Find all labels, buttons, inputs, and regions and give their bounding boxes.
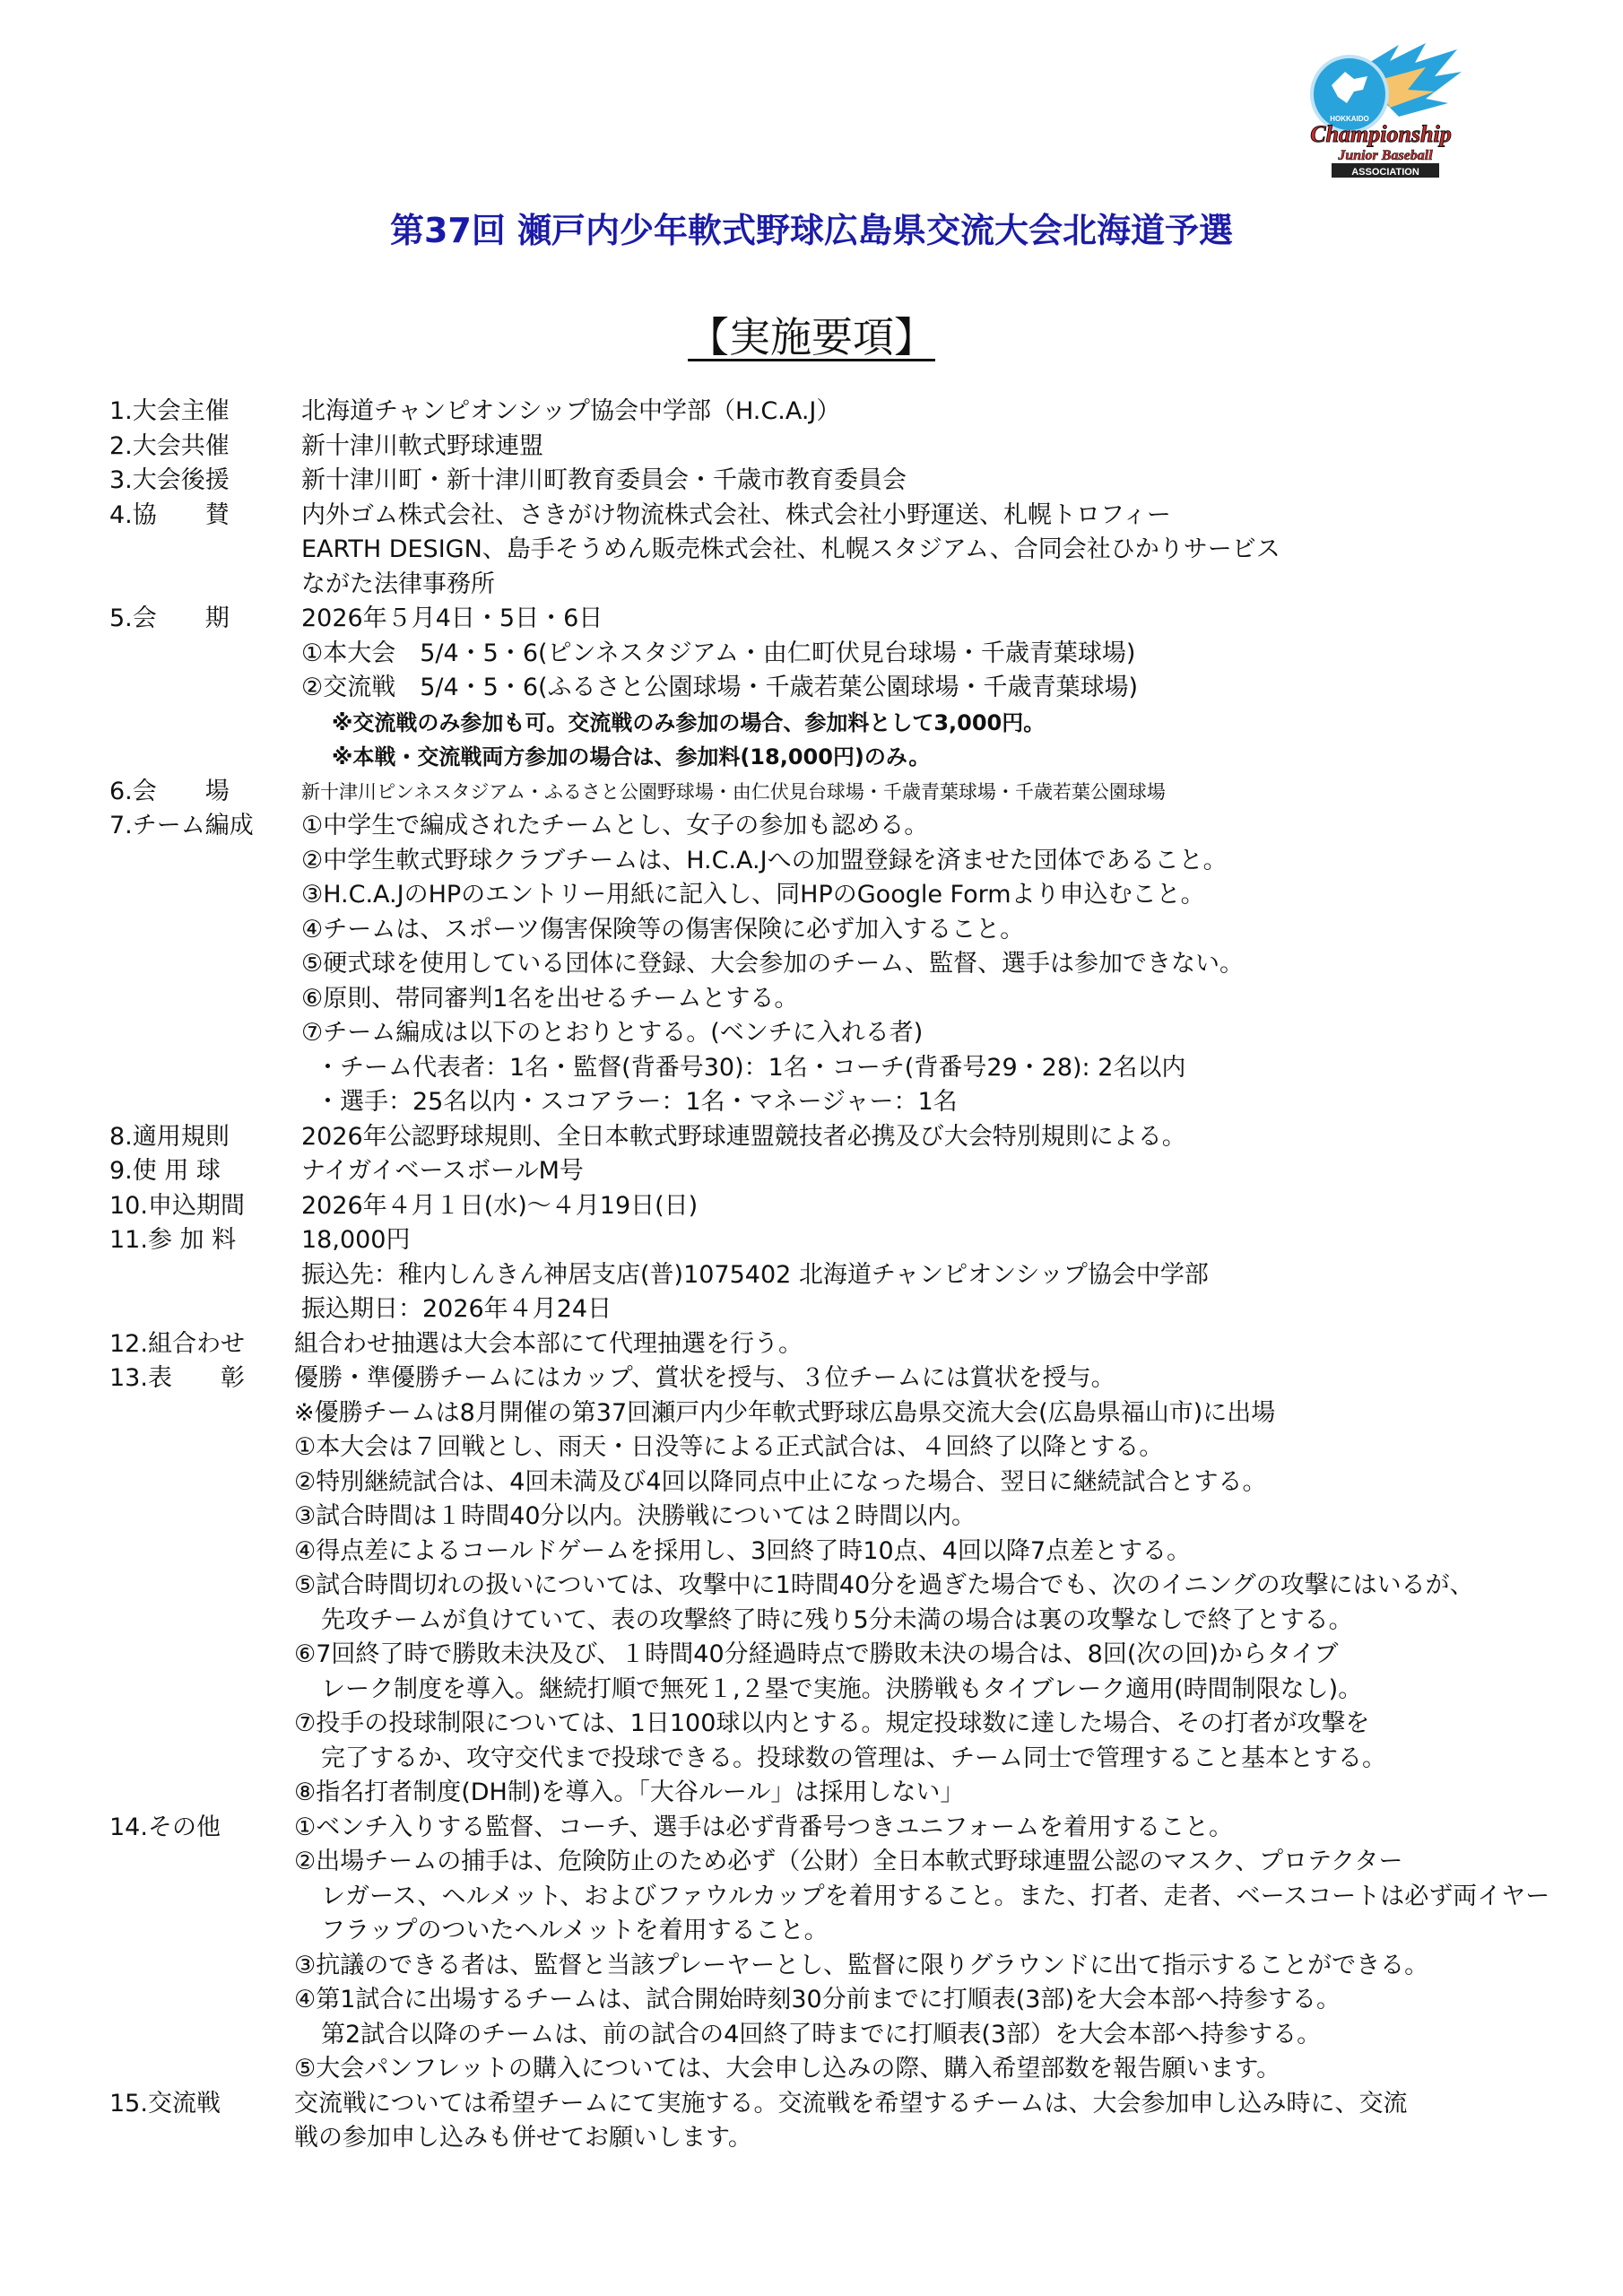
section-label: 11.参 加 料 (109, 1223, 301, 1327)
section-item: 3.大会後援新十津川町・新十津川町教育委員会・千歳市教育委員会 (109, 464, 1508, 499)
section-line: ①本大会 5/4・5・6(ピンネスタジアム・由仁町伏見台球場・千歳青葉球場) (301, 637, 1508, 672)
section-line: ※優勝チームは8月開催の第37回瀬戸内少年軟式野球広島県交流大会(広島県福山市)… (294, 1396, 1508, 1431)
section-item: 14.その他①ベンチ入りする監督、コーチ、選手は必ず背番号つきユニフォームを着用… (109, 1811, 1508, 2087)
section-item: 2.大会共催新十津川軟式野球連盟 (109, 430, 1508, 465)
association-logo: HOKKAIDO Championship Junior Baseball AS… (1291, 36, 1471, 179)
section-label: 13.表 彰 (109, 1361, 301, 1811)
section-line: ナイガイベースボールM号 (301, 1154, 1508, 1189)
section-line: レーク制度を導入。継続打順で無死１,２塁で実施。決勝戦もタイブレーク適用(時間制… (294, 1673, 1508, 1708)
section-line: 組合わせ抽選は大会本部にて代理抽選を行う。 (294, 1327, 1508, 1362)
section-content: 内外ゴム株式会社、さきがけ物流株式会社、株式会社小野運送、札幌トロフィーEART… (301, 499, 1508, 603)
section-line: 2026年５月4日・5日・6日 (301, 602, 1508, 637)
section-item: 6.会 場新十津川ピンネスタジアム・ふるさと公園野球場・由仁伏見台球場・千歳青葉… (109, 775, 1508, 810)
section-item: 4.協 賛内外ゴム株式会社、さきがけ物流株式会社、株式会社小野運送、札幌トロフィ… (109, 499, 1508, 603)
section-content: ①ベンチ入りする監督、コーチ、選手は必ず背番号つきユニフォームを着用すること。②… (294, 1811, 1549, 2087)
section-line: ④チームは、スポーツ傷害保険等の傷害保険に必ず加入すること。 (301, 913, 1508, 948)
section-content: 新十津川ピンネスタジアム・ふるさと公園野球場・由仁伏見台球場・千歳青葉球場・千歳… (301, 775, 1508, 810)
section-line: ②特別継続試合は、4回未満及び4回以降同点中止になった場合、翌日に継続試合とする… (294, 1465, 1508, 1500)
section-line: フラップのついたヘルメットを着用すること。 (294, 1914, 1549, 1949)
guidelines-list: 1.大会主催北海道チャンピオンシップ協会中学部（H.C.A.J）2.大会共催新十… (109, 395, 1508, 2156)
section-content: 組合わせ抽選は大会本部にて代理抽選を行う。 (294, 1327, 1508, 1362)
section-label: 7.チーム編成 (109, 809, 301, 1120)
section-line: ⑦投手の投球制限については、1日100球以内とする。規定投球数に達した場合、その… (294, 1707, 1508, 1742)
section-line: ③H.C.A.JのHPのエントリー用紙に記入し、同HPのGoogle Formよ… (301, 878, 1508, 913)
section-line: ①ベンチ入りする監督、コーチ、選手は必ず背番号つきユニフォームを着用すること。 (294, 1811, 1549, 1846)
section-item: 7.チーム編成①中学生で編成されたチームとし、女子の参加も認める。②中学生軟式野… (109, 809, 1508, 1120)
section-line: 戦の参加申し込みも併せてお願いします。 (294, 2121, 1508, 2156)
section-line: 2026年公認野球規則、全日本軟式野球連盟競技者必携及び大会特別規則による。 (301, 1120, 1508, 1155)
section-line: 振込期日：2026年４月24日 (301, 1292, 1508, 1327)
section-heading: 【実施要項】 (0, 305, 1623, 364)
section-line: ※交流戦のみ参加も可。交流戦のみ参加の場合、参加料として3,000円。 (301, 706, 1508, 741)
section-line: 振込先：稚内しんきん神居支店(普)1075402 北海道チャンピオンシップ協会中… (301, 1258, 1508, 1293)
section-line: ⑥7回終了時で勝敗未決及び、１時間40分経過時点で勝敗未決の場合は、8回(次の回… (294, 1638, 1508, 1673)
section-label: 15.交流戦 (109, 2087, 301, 2156)
section-line: ②出場チームの捕手は、危険防止のため必ず（公財）全日本軟式野球連盟公認のマスク、… (294, 1845, 1549, 1880)
section-item: 13.表 彰優勝・準優勝チームにはカップ、賞状を授与、３位チームには賞状を授与。… (109, 1361, 1508, 1811)
section-line: ③試合時間は１時間40分以内。決勝戦については２時間以内。 (294, 1500, 1508, 1535)
section-line: ながた法律事務所 (301, 568, 1508, 603)
section-line: ⑤試合時間切れの扱いについては、攻撃中に1時間40分を過ぎた場合でも、次のイニン… (294, 1569, 1508, 1604)
section-content: 18,000円振込先：稚内しんきん神居支店(普)1075402 北海道チャンピオ… (301, 1223, 1508, 1327)
section-line: 優勝・準優勝チームにはカップ、賞状を授与、３位チームには賞状を授与。 (294, 1361, 1508, 1396)
section-content: ナイガイベースボールM号 (301, 1154, 1508, 1189)
section-content: 2026年公認野球規則、全日本軟式野球連盟競技者必携及び大会特別規則による。 (301, 1120, 1508, 1155)
section-line: 新十津川町・新十津川町教育委員会・千歳市教育委員会 (301, 464, 1508, 499)
section-content: ①中学生で編成されたチームとし、女子の参加も認める。②中学生軟式野球クラブチーム… (301, 809, 1508, 1120)
svg-text:Championship: Championship (1310, 121, 1452, 147)
section-label: 3.大会後援 (109, 464, 301, 499)
section-line: 完了するか、攻守交代まで投球できる。投球数の管理は、チーム同士で管理すること基本… (294, 1742, 1508, 1777)
section-line: ③抗議のできる者は、監督と当該プレーヤーとし、監督に限りグラウンドに出て指示する… (294, 1949, 1549, 1984)
svg-text:Junior Baseball: Junior Baseball (1337, 148, 1433, 163)
section-line: ※本戦・交流戦両方参加の場合は、参加料(18,000円)のみ。 (301, 740, 1508, 775)
section-item: 5.会 期2026年５月4日・5日・6日①本大会 5/4・5・6(ピンネスタジア… (109, 602, 1508, 775)
section-line: ①本大会は７回戦とし、雨天・日没等による正式試合は、４回終了以降とする。 (294, 1431, 1508, 1465)
section-content: 優勝・準優勝チームにはカップ、賞状を授与、３位チームには賞状を授与。※優勝チーム… (294, 1361, 1508, 1811)
section-item: 15.交流戦交流戦については希望チームにて実施する。交流戦を希望するチームは、大… (109, 2087, 1508, 2156)
section-line: 北海道チャンピオンシップ協会中学部（H.C.A.J） (301, 395, 1508, 430)
section-line: ・選手：25名以内・スコアラー：1名・マネージャー：1名 (301, 1085, 1508, 1120)
section-label: 10.申込期間 (109, 1189, 301, 1224)
section-item: 10.申込期間2026年４月１日(水)～４月19日(日) (109, 1189, 1508, 1224)
section-label: 12.組合わせ (109, 1327, 301, 1362)
section-item: 9.使 用 球ナイガイベースボールM号 (109, 1154, 1508, 1189)
section-content: 新十津川町・新十津川町教育委員会・千歳市教育委員会 (301, 464, 1508, 499)
svg-text:ASSOCIATION: ASSOCIATION (1351, 167, 1419, 178)
section-label: 8.適用規則 (109, 1120, 301, 1155)
section-line: ②中学生軟式野球クラブチームは、H.C.A.Jへの加盟登録を済ませた団体であるこ… (301, 844, 1508, 879)
section-label: 9.使 用 球 (109, 1154, 301, 1189)
section-content: 2026年５月4日・5日・6日①本大会 5/4・5・6(ピンネスタジアム・由仁町… (301, 602, 1508, 775)
championship-logo-icon: HOKKAIDO Championship Junior Baseball AS… (1291, 36, 1471, 179)
section-item: 1.大会主催北海道チャンピオンシップ協会中学部（H.C.A.J） (109, 395, 1508, 430)
section-label: 4.協 賛 (109, 499, 301, 603)
section-line: ・チーム代表者：1名・監督(背番号30)：1名・コーチ(背番号29・28): 2… (301, 1051, 1508, 1086)
section-line: 内外ゴム株式会社、さきがけ物流株式会社、株式会社小野運送、札幌トロフィー (301, 499, 1508, 534)
section-line: ④得点差によるコールドゲームを採用し、3回終了時10点、4回以降7点差とする。 (294, 1535, 1508, 1570)
section-line: 交流戦については希望チームにて実施する。交流戦を希望するチームは、大会参加申し込… (294, 2087, 1508, 2122)
section-line: 2026年４月１日(水)～４月19日(日) (301, 1189, 1508, 1224)
section-line: ②交流戦 5/4・5・6(ふるさと公園球場・千歳若葉公園球場・千歳青葉球場) (301, 671, 1508, 706)
section-item: 11.参 加 料18,000円振込先：稚内しんきん神居支店(普)1075402 … (109, 1223, 1508, 1327)
section-line: ①中学生で編成されたチームとし、女子の参加も認める。 (301, 809, 1508, 844)
section-content: 北海道チャンピオンシップ協会中学部（H.C.A.J） (301, 395, 1508, 430)
section-label: 14.その他 (109, 1811, 301, 2087)
section-label: 1.大会主催 (109, 395, 301, 430)
section-item: 12.組合わせ組合わせ抽選は大会本部にて代理抽選を行う。 (109, 1327, 1508, 1362)
section-line: ⑤大会パンフレットの購入については、大会申し込みの際、購入希望部数を報告願います… (294, 2052, 1549, 2087)
section-line: 新十津川ピンネスタジアム・ふるさと公園野球場・由仁伏見台球場・千歳青葉球場・千歳… (301, 775, 1508, 810)
section-line: 第2試合以降のチームは、前の試合の4回終了時までに打順表(3部）を大会本部へ持参… (294, 2018, 1549, 2053)
section-content: 交流戦については希望チームにて実施する。交流戦を希望するチームは、大会参加申し込… (294, 2087, 1508, 2156)
heading-text: 【実施要項】 (688, 313, 935, 361)
document-title: 第37回 瀬戸内少年軟式野球広島県交流大会北海道予選 (0, 203, 1623, 252)
section-label: 2.大会共催 (109, 430, 301, 465)
section-label: 6.会 場 (109, 775, 301, 810)
section-content: 2026年４月１日(水)～４月19日(日) (301, 1189, 1508, 1224)
section-line: 先攻チームが負けていて、表の攻撃終了時に残り5分未満の場合は裏の攻撃なしで終了と… (294, 1604, 1508, 1639)
section-line: 新十津川軟式野球連盟 (301, 430, 1508, 465)
section-line: EARTH DESIGN、島手そうめん販売株式会社、札幌スタジアム、合同会社ひか… (301, 533, 1508, 568)
section-line: ⑤硬式球を使用している団体に登録、大会参加のチーム、監督、選手は参加できない。 (301, 947, 1508, 982)
section-line: レガース、ヘルメット、およびファウルカップを着用すること。また、打者、走者、ベー… (294, 1880, 1549, 1915)
section-line: ⑧指名打者制度(DH制)を導入。「大谷ルール」は採用しない」 (294, 1776, 1508, 1811)
section-line: ⑥原則、帯同審判1名を出せるチームとする。 (301, 982, 1508, 1017)
section-line: 18,000円 (301, 1223, 1508, 1258)
section-label: 5.会 期 (109, 602, 301, 775)
section-line: ⑦チーム編成は以下のとおりとする。(ベンチに入れる者) (301, 1016, 1508, 1051)
section-content: 新十津川軟式野球連盟 (301, 430, 1508, 465)
section-item: 8.適用規則2026年公認野球規則、全日本軟式野球連盟競技者必携及び大会特別規則… (109, 1120, 1508, 1155)
section-line: ④第1試合に出場するチームは、試合開始時刻30分前までに打順表(3部)を大会本部… (294, 1983, 1549, 2018)
